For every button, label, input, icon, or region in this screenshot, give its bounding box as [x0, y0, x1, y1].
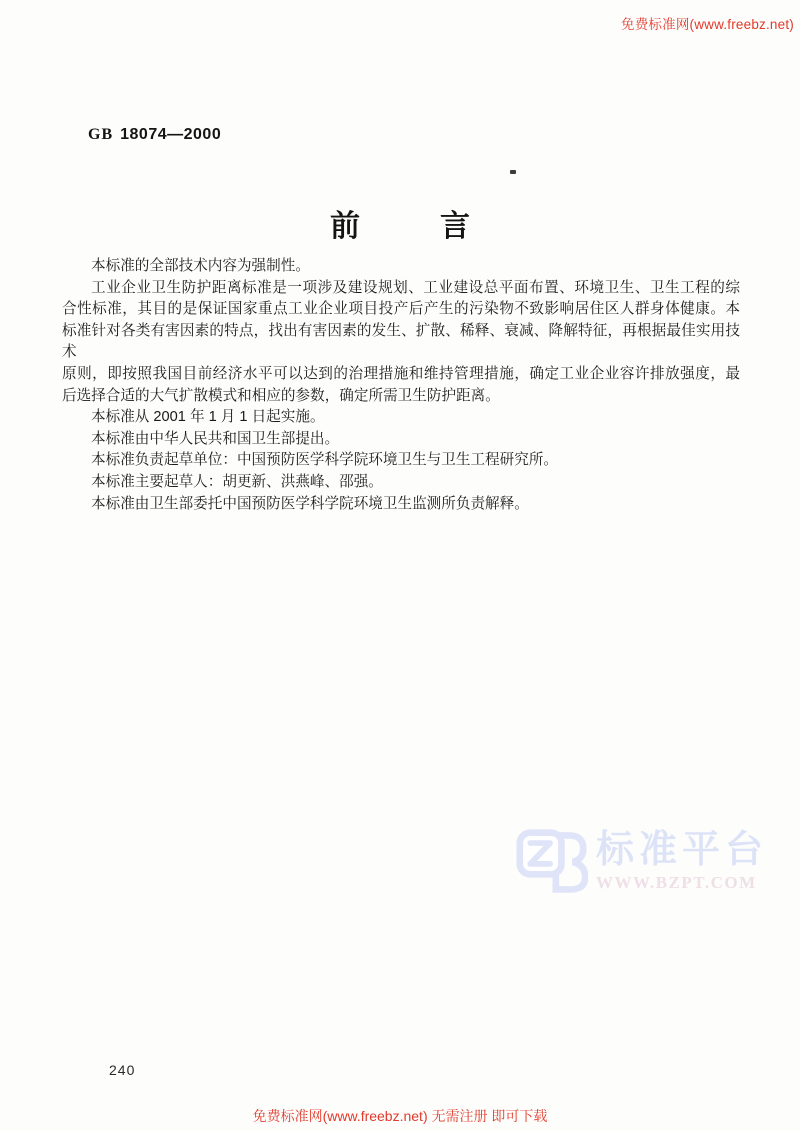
foreword-body: 本标准的全部技术内容为强制性。 工业企业卫生防护距离标准是一项涉及建设规划、工业…: [62, 256, 740, 515]
watermark-text: 标准平台 WWW.BZPT.COM: [596, 828, 768, 893]
body-line: 原则，即按照我国目前经济水平可以达到的治理措施和维持管理措施，确定工业企业容许排…: [62, 364, 740, 386]
footer-site-note: 免费标准网(www.freebz.net) 无需注册 即可下载: [0, 1106, 800, 1126]
body-line: 本标准的全部技术内容为强制性。: [62, 256, 740, 278]
watermark-brand: 标准平台: [596, 830, 768, 870]
body-line: 合性标准，其目的是保证国家重点工业企业项目投产后产生的污染物不致影响居住区人群身…: [62, 299, 740, 321]
body-line: 本标准由中华人民共和国卫生部提出。: [62, 429, 740, 451]
body-line: 工业企业卫生防护距离标准是一项涉及建设规划、工业建设总平面布置、环境卫生、卫生工…: [62, 278, 740, 300]
document-page: 免费标准网(www.freebz.net) GB18074—2000 前言 本标…: [0, 0, 800, 1131]
standard-number: GB18074—2000: [88, 126, 221, 144]
body-line: 标准针对各类有害因素的特点，找出有害因素的发生、扩散、稀释、衰减、降解特征，再根…: [62, 321, 740, 364]
page-number: 240: [109, 1062, 135, 1078]
standard-number-prefix: GB: [88, 126, 113, 143]
header-site-note: 免费标准网(www.freebz.net): [621, 13, 794, 33]
page-title-text: 前言: [330, 210, 550, 243]
scan-speck: [510, 170, 516, 174]
bzpt-logo-icon: [516, 828, 588, 901]
body-line: 本标准负责起草单位：中国预防医学科学院环境卫生与卫生工程研究所。: [62, 450, 740, 472]
bzpt-watermark: 标准平台 WWW.BZPT.COM: [516, 828, 768, 901]
body-line: 后选择合适的大气扩散模式和相应的参数，确定所需卫生防护距离。: [62, 386, 740, 408]
body-line: 本标准从 2001 年 1 月 1 日起实施。: [62, 407, 740, 429]
body-line: 本标准主要起草人：胡更新、洪燕峰、邵强。: [62, 472, 740, 494]
standard-number-digits: 18074—2000: [120, 126, 221, 143]
watermark-url: WWW.BZPT.COM: [596, 873, 768, 893]
page-title: 前言: [0, 201, 800, 245]
body-line: 本标准由卫生部委托中国预防医学科学院环境卫生监测所负责解释。: [62, 494, 740, 516]
